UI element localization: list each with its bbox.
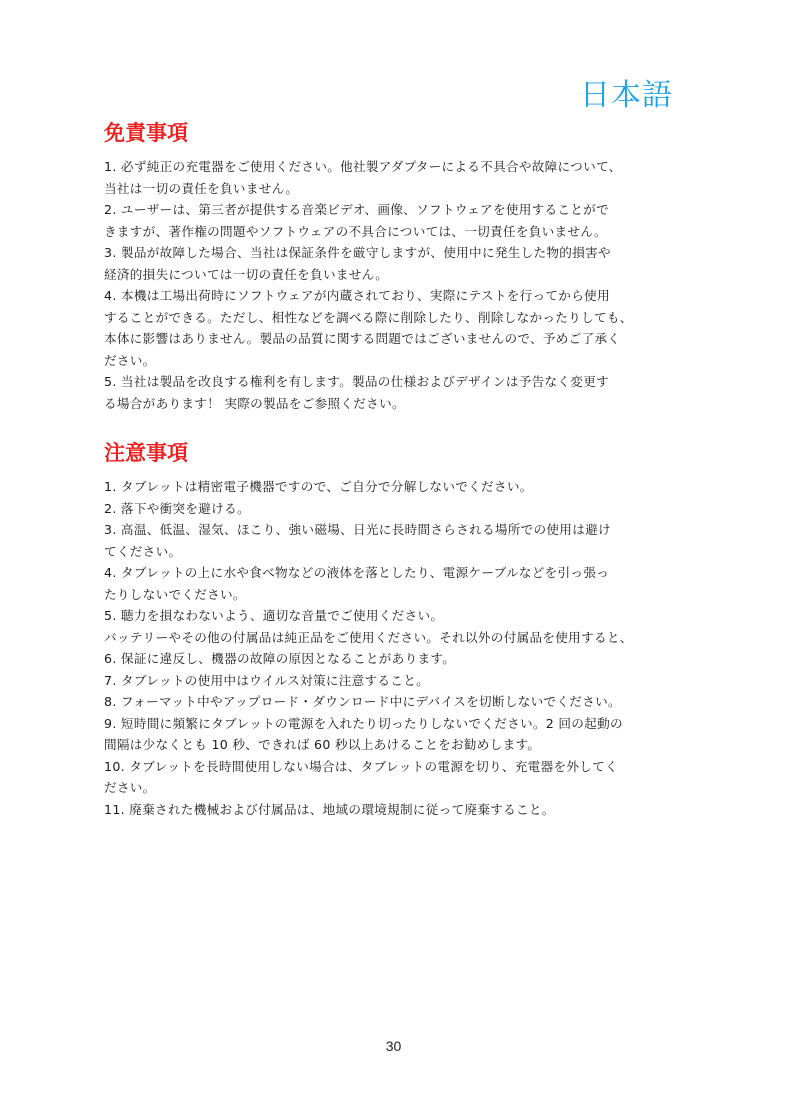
precautions-title: 注意事項	[104, 438, 684, 468]
disclaimer-line: 当社は一切の責任を負いません。	[104, 178, 684, 200]
precaution-line: 5. 聴力を損なわないよう、適切な音量でご使用ください。	[104, 605, 684, 627]
precaution-line: 11. 廃棄された機械および付属品は、地域の環境規制に従って廃棄すること。	[104, 799, 684, 821]
precaution-line: ださい。	[104, 777, 684, 799]
disclaimer-line: 3. 製品が故障した場合、当社は保証条件を厳守しますが、使用中に発生した物的損害…	[104, 242, 684, 264]
precaution-line: 4. タブレットの上に水や食べ物などの液体を落としたり、電源ケーブルなどを引っ張…	[104, 562, 684, 584]
disclaimer-line: 本体に影響はありません。製品の品質に関する問題ではございませんので、予めご了承く	[104, 328, 684, 350]
precaution-line: 6. 保証に違反し、機器の故障の原因となることがあります。	[104, 648, 684, 670]
precaution-line: 10. タブレットを長時間使用しない場合は、タブレットの電源を切り、充電器を外し…	[104, 756, 684, 778]
disclaimer-line: る場合があります！ 実際の製品をご参照ください。	[104, 393, 684, 415]
precaution-line: たりしないでください。	[104, 584, 684, 606]
disclaimer-line: 経済的損失については一切の責任を負いません。	[104, 264, 684, 286]
precaution-line: バッテリーやその他の付属品は純正品をご使用ください。それ以外の付属品を使用すると…	[104, 627, 684, 649]
precaution-line: 3. 高温、低温、湿気、ほこり、強い磁場、日光に長時間さらされる場所での使用は避…	[104, 519, 684, 541]
precaution-line: 9. 短時間に頻繁にタブレットの電源を入れたり切ったりしないでください。2 回の…	[104, 713, 684, 735]
precautions-section: 注意事項 1. タブレットは精密電子機器ですので、ご自分で分解しないでください。…	[104, 438, 684, 820]
disclaimer-line: きますが、著作権の問題やソフトウェアの不具合については、一切責任を負いません。	[104, 221, 684, 243]
precaution-line: てください。	[104, 541, 684, 563]
page-number: 30	[0, 1038, 787, 1054]
disclaimer-section: 免責事項 1. 必ず純正の充電器をご使用ください。他社製アダプターによる不具合や…	[104, 118, 684, 414]
disclaimer-line: 2. ユーザーは、第三者が提供する音楽ビデオ、画像、ソフトウェアを使用することが…	[104, 199, 684, 221]
disclaimer-line: することができる。ただし、相性などを調べる際に削除したり、削除しなかったりしても…	[104, 307, 684, 329]
precaution-line: 2. 落下や衝突を避ける。	[104, 498, 684, 520]
precaution-line: 7. タブレットの使用中はウイルス対策に注意すること。	[104, 670, 684, 692]
language-title: 日本語	[580, 70, 673, 114]
disclaimer-line: ださい。	[104, 350, 684, 372]
precaution-line: 1. タブレットは精密電子機器ですので、ご自分で分解しないでください。	[104, 476, 684, 498]
precaution-line: 8. フォーマット中やアップロード・ダウンロード中にデバイスを切断しないでくださ…	[104, 691, 684, 713]
disclaimer-title: 免責事項	[104, 118, 684, 148]
disclaimer-line: 1. 必ず純正の充電器をご使用ください。他社製アダプターによる不具合や故障につい…	[104, 156, 684, 178]
precaution-line: 間隔は少なくとも 10 秒、できれば 60 秒以上あけることをお勧めします。	[104, 734, 684, 756]
disclaimer-line: 4. 本機は工場出荷時にソフトウェアが内蔵されており、実際にテストを行ってから使…	[104, 285, 684, 307]
disclaimer-line: 5. 当社は製品を改良する権利を有します。製品の仕様およびデザインは予告なく変更…	[104, 371, 684, 393]
